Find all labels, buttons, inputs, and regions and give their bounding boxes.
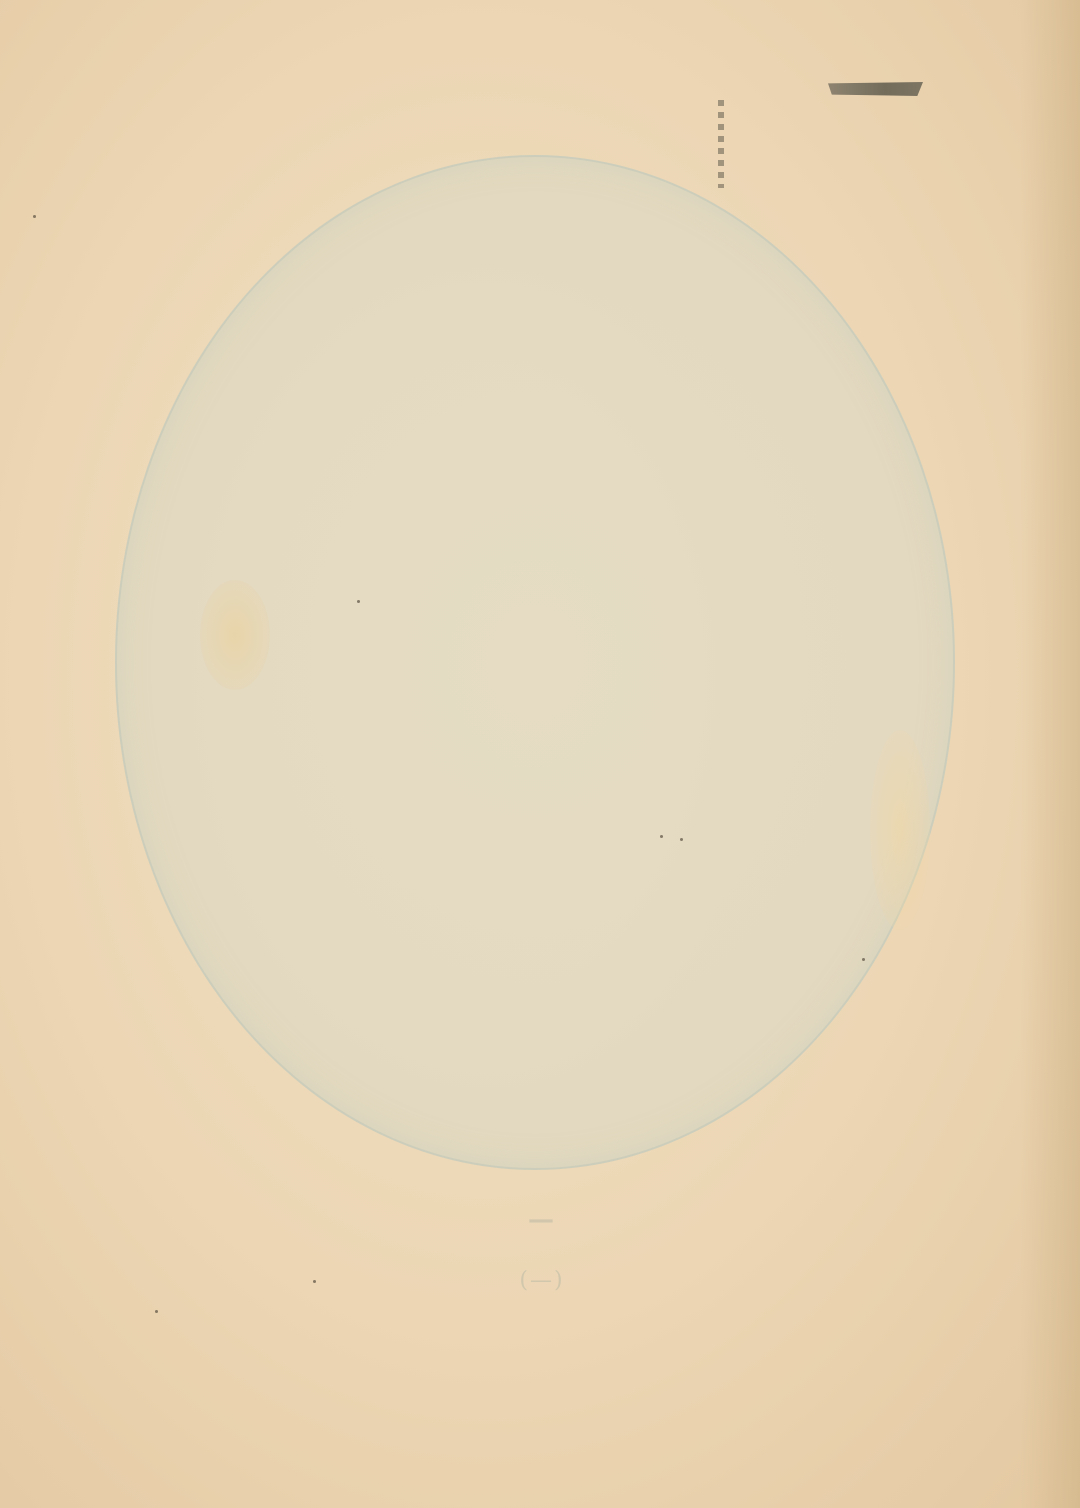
paper-stain [200, 580, 270, 690]
speck [862, 958, 865, 961]
book-page: — (—) [0, 0, 1080, 1508]
speck [660, 835, 663, 838]
ink-mark [828, 82, 923, 96]
speck [357, 600, 360, 603]
speck [33, 215, 36, 218]
speck [155, 1310, 158, 1313]
caption-title: — [0, 1205, 1080, 1235]
paper-stain [870, 730, 930, 930]
speck [680, 838, 683, 841]
ink-mark-vertical [718, 100, 724, 188]
speck [313, 1280, 316, 1283]
caption-subtitle: (—) [0, 1268, 1080, 1293]
